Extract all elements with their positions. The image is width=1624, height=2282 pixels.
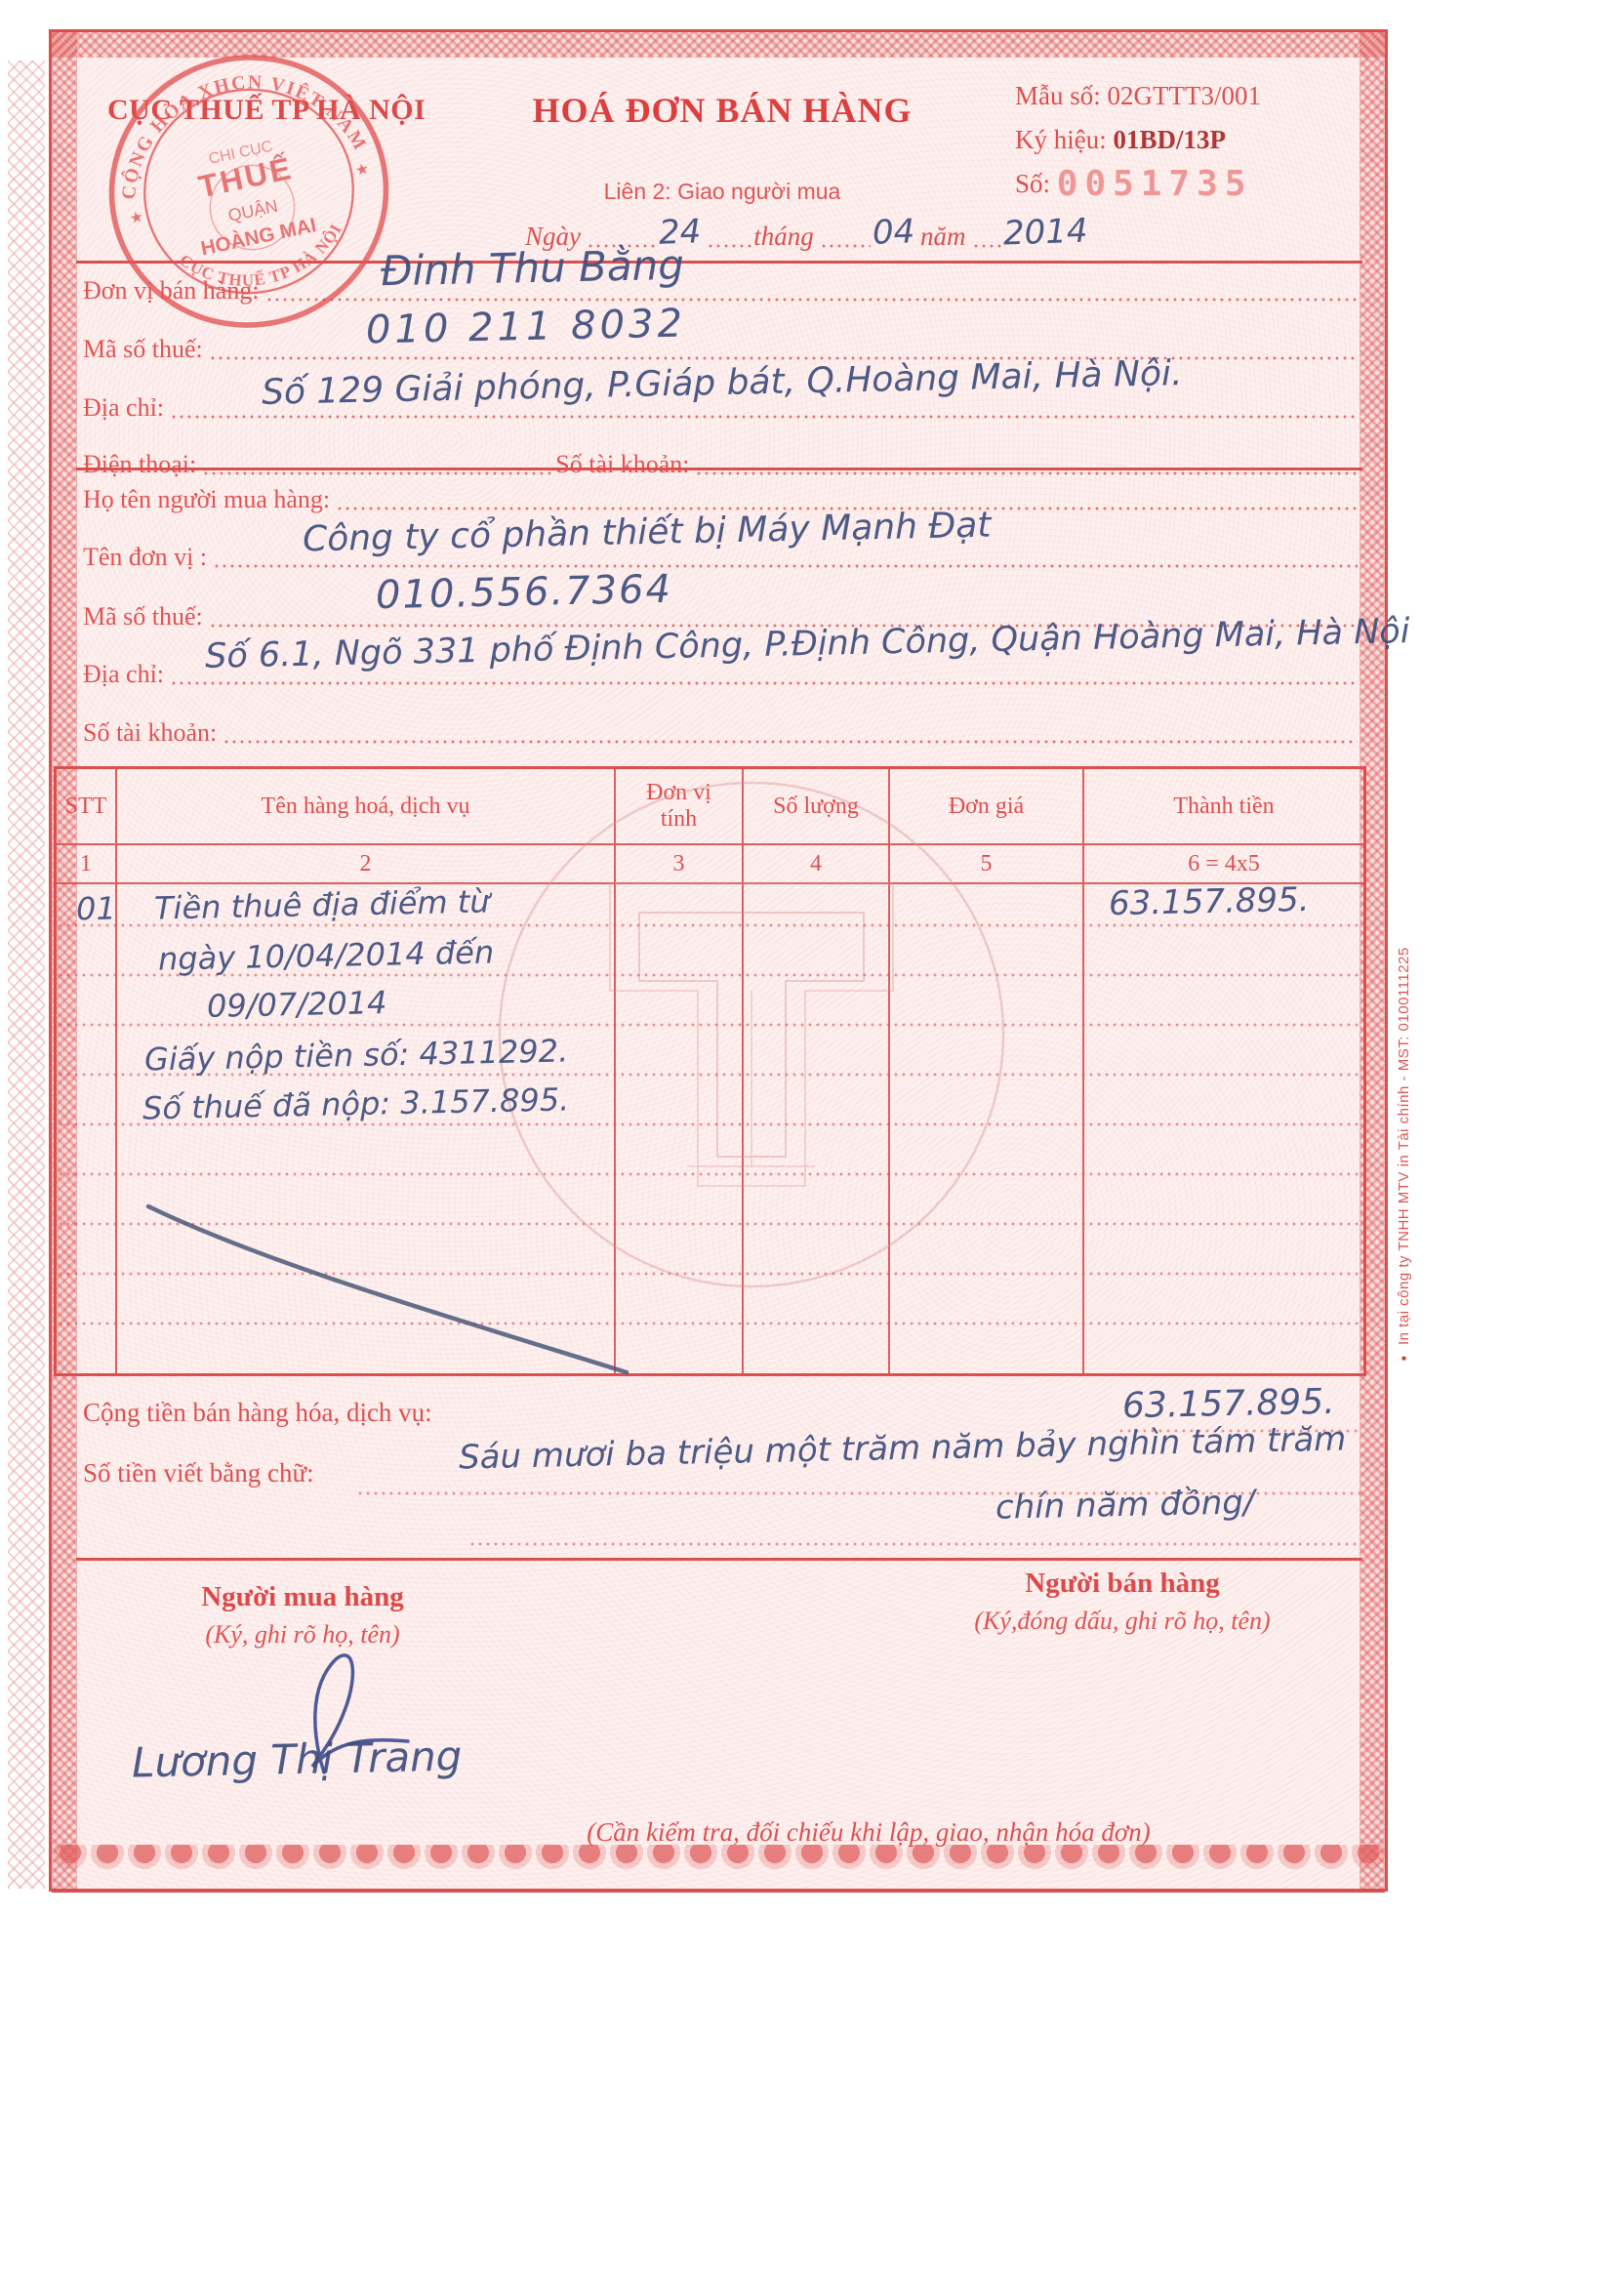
stamp-star-right-icon: ★ [353, 161, 371, 181]
buyer-unit-label: Tên đơn vị : [83, 543, 207, 572]
divider-totals [76, 1558, 1362, 1561]
divider-seller [76, 468, 1362, 470]
item-amount-handwritten: 63.157.895. [1109, 880, 1310, 923]
item-stt-handwritten: 01 [76, 890, 117, 928]
buyer-signature-title: Người mua hàng [151, 1581, 454, 1613]
seller-unit-handwritten: Đinh Thu Bằng [381, 241, 685, 296]
buyer-tax-label: Mã số thuế: [83, 602, 203, 632]
body-cell-amount [1084, 882, 1363, 1373]
footer-note: (Cần kiểm tra, đối chiếu khi lập, giao, … [390, 1817, 1347, 1848]
col-num-6: 6 = 4x5 [1084, 843, 1363, 882]
serial-symbol-value: 01BD/13P [1114, 125, 1227, 154]
item-line-2-handwritten: ngày 10/04/2014 đến [158, 933, 495, 977]
cancellation-stroke [127, 1189, 654, 1384]
date-dots-3 [820, 228, 871, 248]
table-dotline-6 [57, 1172, 1362, 1176]
stamp-line3: QUẬN [226, 196, 279, 225]
form-number-label: Mẫu số: [1015, 81, 1101, 110]
copy-label: Liên 2: Giao người mua [493, 179, 952, 205]
invoice-title: HOÁ ĐƠN BÁN HÀNG [493, 90, 952, 131]
buyer-account-dots [223, 724, 1358, 744]
amount-in-words-label: Số tiền viết bằng chữ: [83, 1458, 314, 1488]
seller-phone-label: Điện thoại: [83, 450, 196, 479]
printer-imprint: ▪ In tại công ty TNHH MTV in Tài chính -… [1396, 844, 1412, 1366]
invoice-number-row: Số: 0051735 [1015, 164, 1253, 204]
col-num-1: 1 [57, 843, 117, 882]
printer-imprint-text: In tại công ty TNHH MTV in Tài chính - M… [1396, 947, 1412, 1345]
invoice-number-label: Số: [1015, 169, 1050, 198]
buyer-signature-name-handwritten: Lương Thị Trang [132, 1732, 463, 1786]
seller-phone-dots [202, 456, 553, 475]
serial-symbol-row: Ký hiệu: 01BD/13P [1015, 125, 1226, 155]
seller-tax-handwritten: 010 211 8032 [366, 302, 687, 353]
amount-words-line2-handwritten: chín năm đồng/ [995, 1483, 1255, 1528]
buyer-person-label: Họ tên người mua hàng: [83, 485, 330, 514]
body-cell-stt [57, 882, 117, 1373]
serial-symbol-label: Ký hiệu: [1015, 125, 1107, 154]
left-lace-edge [8, 61, 45, 1889]
date-dots-2 [707, 228, 751, 248]
words-dots-2 [468, 1542, 1361, 1546]
buyer-tax-handwritten: 010.556.7364 [376, 567, 673, 618]
form-number-row: Mẫu số: 02GTTT3/001 [1015, 81, 1261, 111]
buyer-signature-note: (Ký, ghi rõ họ, tên) [127, 1620, 478, 1650]
date-month-handwritten: 04 [872, 212, 915, 252]
tax-office-stamp: CỘNG HÒA XHCN VIỆT NAM CỤC THUẾ TP HÀ NỘ… [70, 17, 427, 366]
invoice-number-value: 0051735 [1057, 164, 1253, 204]
stamp-star-left-icon: ★ [128, 209, 145, 228]
seller-address-label: Địa chỉ: [83, 393, 164, 423]
date-month-label: tháng [753, 222, 814, 252]
seller-signature-title: Người bán hàng [961, 1568, 1283, 1600]
buyer-account-row: Số tài khoản: [83, 718, 1360, 748]
frame-scallop-bottom [52, 1845, 1385, 1893]
seller-account-dots [695, 456, 1358, 475]
form-number-value: 02GTTT3/001 [1108, 81, 1261, 110]
date-year-label: năm [920, 222, 966, 252]
date-dots-4 [972, 228, 1001, 248]
seller-signature-note: (Ký,đóng dấu, ghi rõ họ, tên) [903, 1607, 1342, 1636]
item-line-3-handwritten: 09/07/2014 [207, 984, 387, 1025]
col-header-stt: STT [57, 769, 117, 843]
scanned-invoice-page: CỤC THUẾ TP HÀ NỘI HOÁ ĐƠN BÁN HÀNG Liên… [0, 0, 1624, 2282]
date-year-handwritten: 2014 [1002, 212, 1088, 254]
seller-phone-account-row: Điện thoại: Số tài khoản: [83, 450, 1360, 479]
buyer-address-label: Địa chỉ: [83, 660, 164, 689]
item-line-1-handwritten: Tiền thuê địa điểm từ [154, 882, 490, 926]
col-header-amount: Thành tiền [1084, 769, 1363, 843]
printer-logo-icon: ▪ [1396, 1345, 1412, 1366]
stamp-line4: HOÀNG MAI [199, 214, 318, 260]
total-label: Cộng tiền bán hàng hóa, dịch vụ: [83, 1398, 432, 1428]
seller-account-label: Số tài khoản: [555, 450, 689, 479]
buyer-account-label: Số tài khoản: [83, 718, 217, 748]
